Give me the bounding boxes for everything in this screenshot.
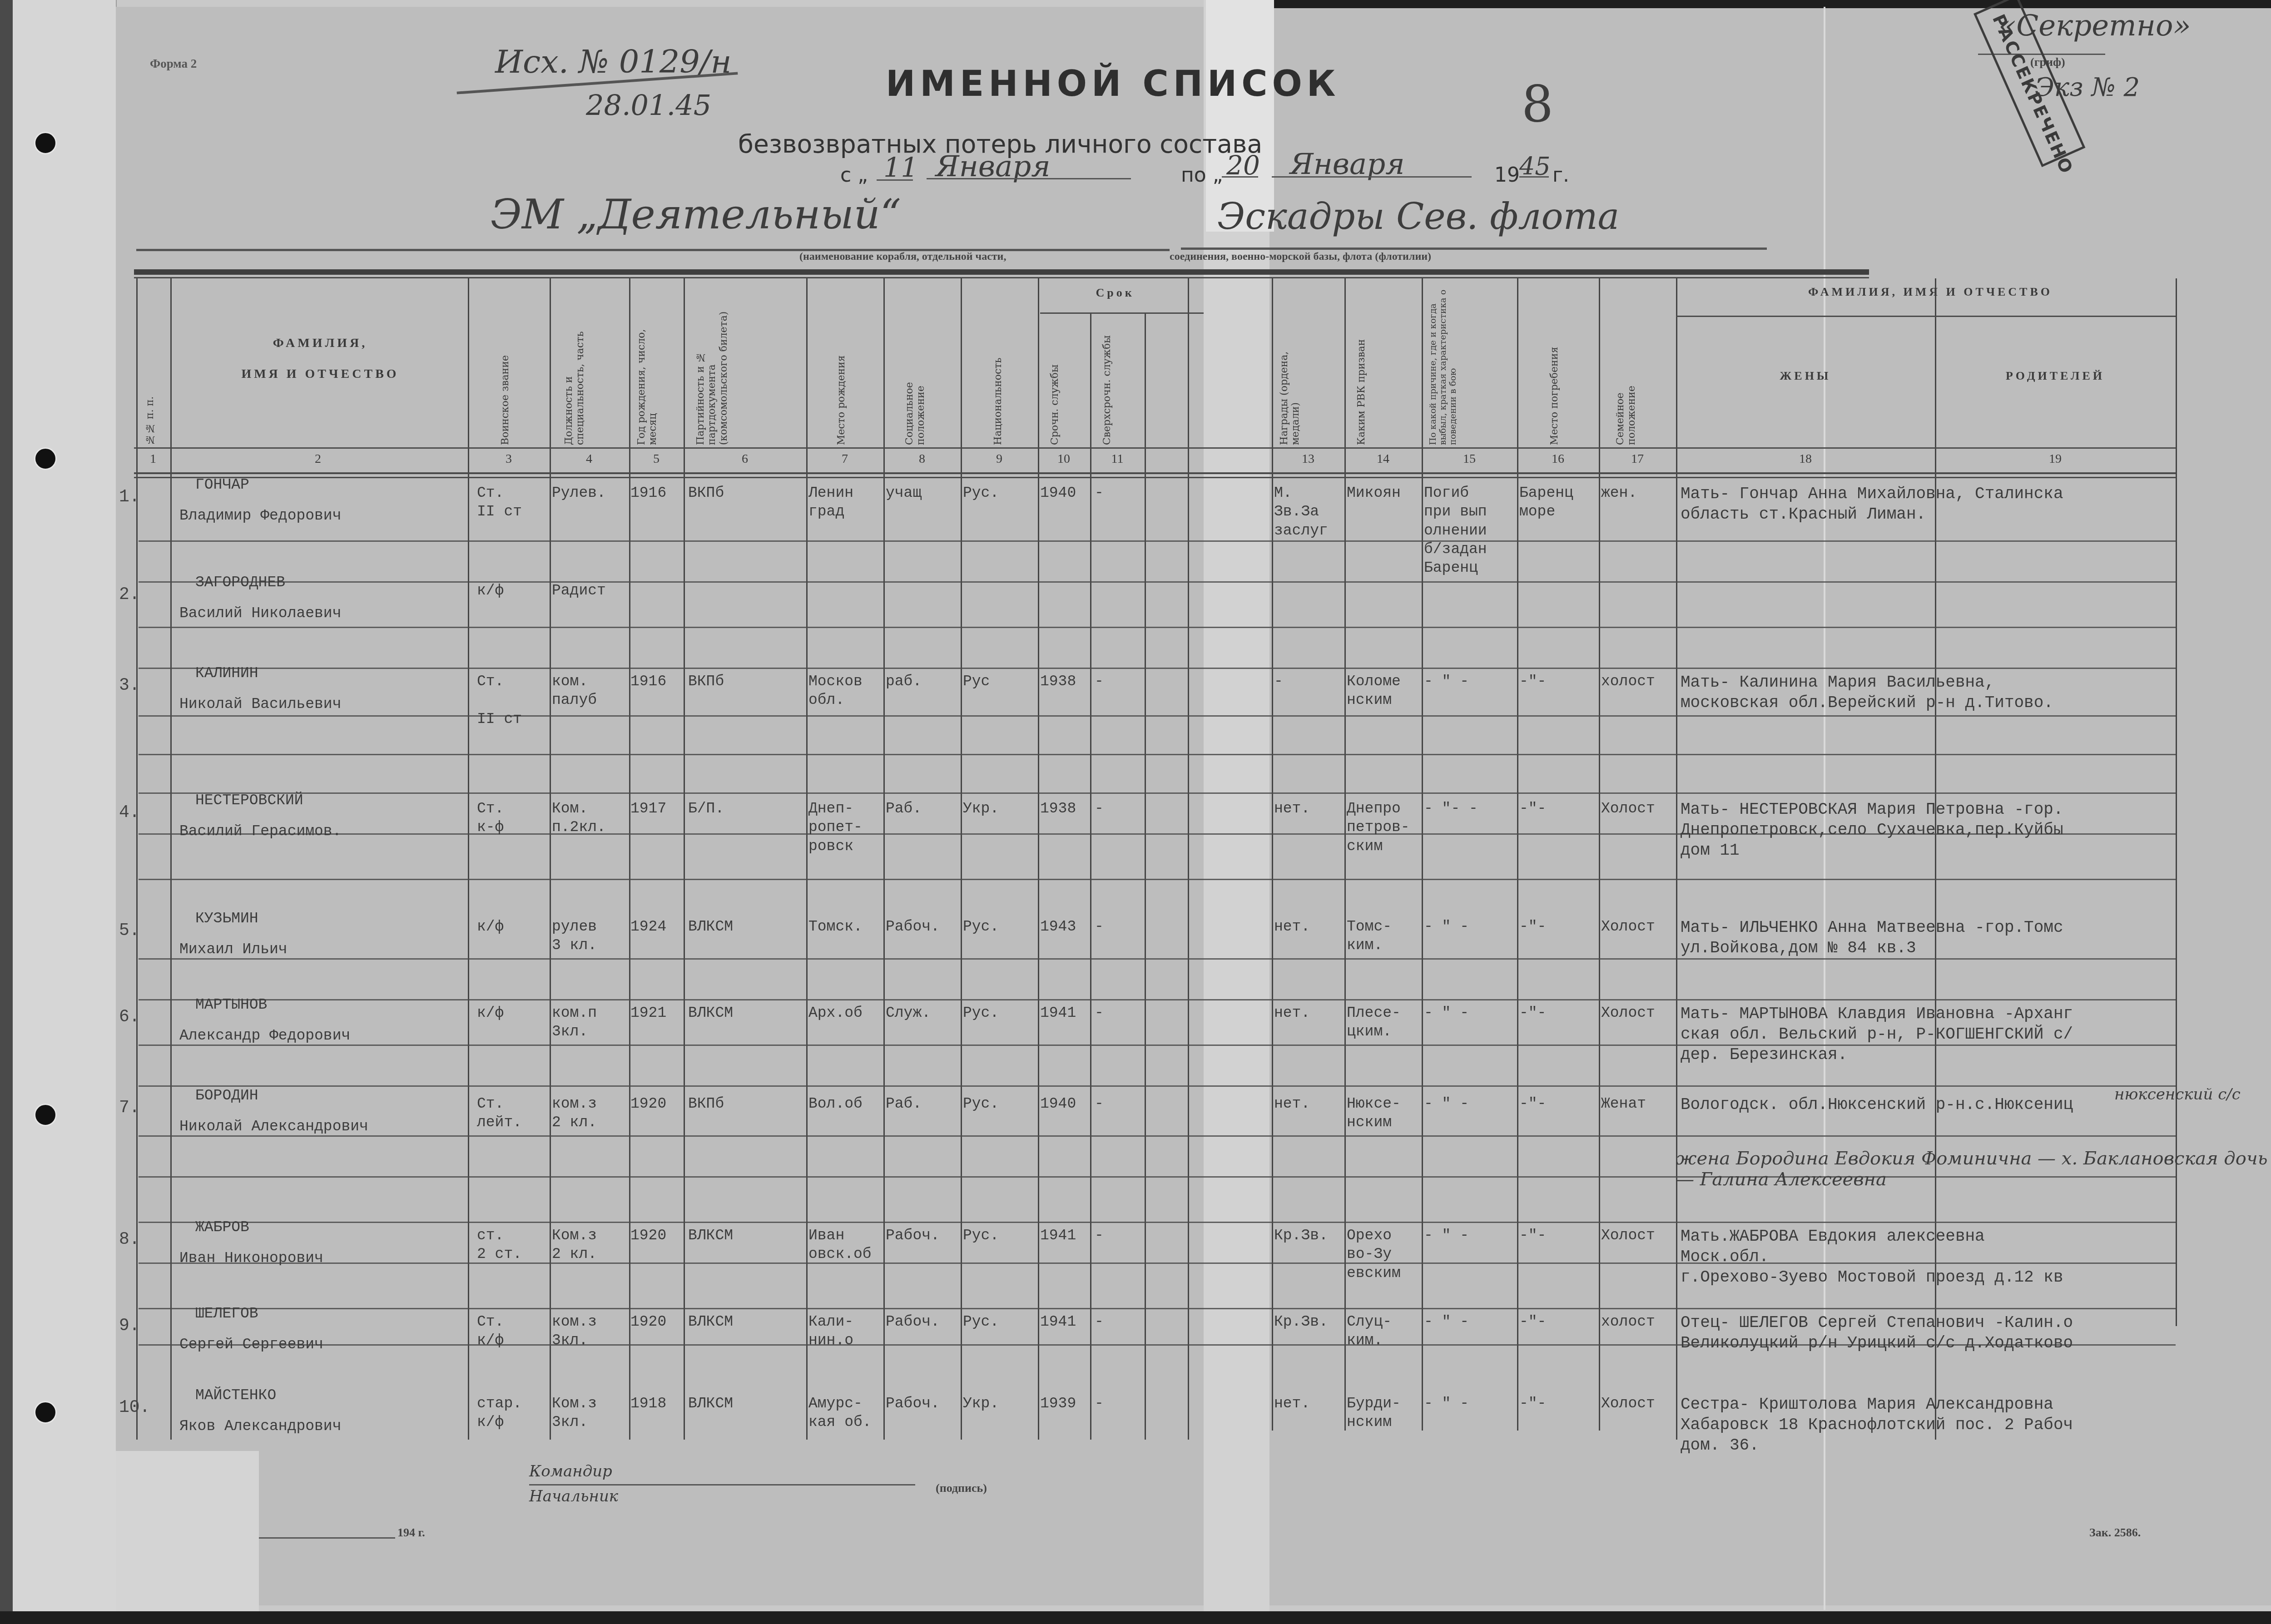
awards: нет. bbox=[1274, 1094, 1310, 1113]
party: ВЛКСМ bbox=[688, 1004, 733, 1022]
rank: к/ф bbox=[477, 581, 504, 600]
header-position: Должность и специальность, часть bbox=[563, 295, 590, 445]
position: ком.з 3кл. bbox=[552, 1312, 597, 1350]
grid-column-line bbox=[1090, 313, 1091, 1440]
family-status: Женат bbox=[1601, 1094, 1646, 1113]
header-srochn: Срочн. службы bbox=[1049, 345, 1076, 445]
sverh-service: - bbox=[1095, 799, 1104, 818]
rvk: Плесе- цким. bbox=[1347, 1004, 1401, 1041]
rvk: Днепро петров- ским bbox=[1347, 799, 1410, 856]
table-top-rule-2 bbox=[134, 277, 1869, 278]
column-number: 4 bbox=[571, 452, 607, 466]
column-number: 18 bbox=[1787, 452, 1824, 466]
social-status: Рабоч. bbox=[886, 1394, 940, 1413]
rank: Ст. II ст bbox=[477, 672, 522, 728]
scan-edge bbox=[0, 0, 13, 1624]
grid-column-line bbox=[1145, 313, 1146, 1440]
burial-place: -"- bbox=[1519, 799, 1546, 818]
to-day-underline bbox=[1222, 176, 1258, 178]
grid-column-line bbox=[1422, 278, 1423, 1431]
header-fio-group: ФАМИЛИЯ, ИМЯ И ОТЧЕСТВО bbox=[1681, 285, 2180, 299]
birth-year: 1916 bbox=[630, 484, 666, 502]
nationality: Рус bbox=[963, 672, 990, 691]
column-number: 16 bbox=[1540, 452, 1576, 466]
birthplace: Иван овск.об bbox=[808, 1226, 872, 1264]
unit-caption-left: (наименование корабля, отдельной части, bbox=[799, 251, 1006, 263]
burial-place: -"- bbox=[1519, 1312, 1546, 1331]
kin-details: Мать- МАРТЫНОВА Клавдия Ивановна -Арханг… bbox=[1681, 1004, 2073, 1065]
column-number: 6 bbox=[727, 452, 763, 466]
header-col-num: №№ п. п. bbox=[144, 345, 156, 445]
position: ком.п 3кл. bbox=[552, 1004, 597, 1041]
row-rule bbox=[139, 1135, 2176, 1137]
given-names: Александр Федорович bbox=[179, 1026, 350, 1045]
nationality: Рус. bbox=[963, 484, 999, 502]
surname: ЖАБРОВ bbox=[195, 1218, 249, 1237]
social-status: Раб. bbox=[886, 1094, 922, 1113]
family-status: холост bbox=[1601, 672, 1655, 691]
srok-underline bbox=[1040, 312, 1204, 314]
year-underline bbox=[1519, 176, 1549, 178]
given-names: Иван Никонорович bbox=[179, 1249, 323, 1268]
family-status: Холост bbox=[1601, 1004, 1655, 1022]
kin-details: Мать- ИЛЬЧЕНКО Анна Матвеевна -гор.Томс … bbox=[1681, 917, 2063, 958]
column-number: 19 bbox=[2037, 452, 2073, 466]
row-rule bbox=[139, 668, 2176, 669]
grid-column-line bbox=[806, 278, 808, 1440]
birthplace: Москов обл. bbox=[808, 672, 863, 710]
header-bottom-rule bbox=[134, 447, 2176, 449]
birth-year: 1924 bbox=[630, 917, 666, 936]
srochn-service: 1939 bbox=[1040, 1394, 1076, 1413]
grid-column-line bbox=[684, 278, 685, 1440]
footer-commander: Командир bbox=[529, 1462, 612, 1480]
family-status: Холост bbox=[1601, 1394, 1655, 1413]
rvk: Бурди- нским bbox=[1347, 1394, 1401, 1432]
header-birthplace: Место рождения bbox=[836, 309, 847, 445]
position: Ком.з 2 кл. bbox=[552, 1226, 597, 1264]
position: Ком.з 3кл. bbox=[552, 1394, 597, 1432]
surname: ШЕЛЕГОВ bbox=[195, 1304, 258, 1323]
fio-group-underline bbox=[1676, 316, 2176, 317]
srochn-service: 1938 bbox=[1040, 672, 1076, 691]
sheet-number: 8 bbox=[1522, 75, 1553, 133]
family-status: Холост bbox=[1601, 799, 1655, 818]
nationality: Рус. bbox=[963, 1312, 999, 1331]
grid-column-line bbox=[1676, 278, 1677, 1440]
reason: - "- - bbox=[1424, 799, 1478, 818]
rank: Ст. к/ф bbox=[477, 1312, 504, 1350]
scan-bottom-band bbox=[0, 1611, 2271, 1624]
given-names: Сергей Сергеевич bbox=[179, 1335, 323, 1354]
party: ВКПб bbox=[688, 672, 724, 691]
party: ВЛКСМ bbox=[688, 1394, 733, 1413]
paper-fold bbox=[1204, 0, 1269, 1611]
birthplace: Ленин град bbox=[808, 484, 853, 521]
column-number: 5 bbox=[638, 452, 674, 466]
sverh-service: - bbox=[1095, 917, 1104, 936]
birthplace: Кали- нин.о bbox=[808, 1312, 853, 1350]
row-rule bbox=[139, 581, 2176, 583]
social-status: Раб. bbox=[886, 799, 922, 818]
reason: - " - bbox=[1424, 1004, 1469, 1022]
srochn-service: 1941 bbox=[1040, 1226, 1076, 1245]
surname: МАЙСТЕНКО bbox=[195, 1386, 276, 1405]
given-names: Василий Герасимов. bbox=[179, 822, 341, 841]
row-rule bbox=[139, 958, 2176, 960]
srochn-service: 1943 bbox=[1040, 917, 1076, 936]
rank: стар. к/ф bbox=[477, 1394, 522, 1432]
position: рулев 3 кл. bbox=[552, 917, 597, 955]
grid-column-line bbox=[550, 278, 551, 1440]
sverh-service: - bbox=[1095, 1004, 1104, 1022]
nationality: Рус. bbox=[963, 1094, 999, 1113]
birthplace: Амурс- кая об. bbox=[808, 1394, 872, 1432]
kin-details: Мать.ЖАБРОВА Евдокия алексеевна Моск.обл… bbox=[1681, 1226, 2063, 1287]
sverh-service: - bbox=[1095, 1226, 1104, 1245]
punch-hole-icon bbox=[34, 1401, 57, 1424]
data-top-rule bbox=[134, 472, 2176, 474]
row-rule bbox=[139, 1308, 2176, 1309]
given-names: Михаил Ильич bbox=[179, 940, 288, 959]
social-status: Рабоч. bbox=[886, 1226, 940, 1245]
data-top-rule-2 bbox=[134, 477, 2176, 478]
from-day-underline bbox=[877, 179, 913, 181]
birthplace: Томск. bbox=[808, 917, 863, 936]
rank: Ст. лейт. bbox=[477, 1094, 522, 1132]
family-status: жен. bbox=[1601, 484, 1637, 502]
row-number: 5. bbox=[119, 921, 140, 941]
header-rank: Воинское звание bbox=[500, 313, 511, 445]
srochn-service: 1938 bbox=[1040, 799, 1076, 818]
birth-year: 1920 bbox=[630, 1226, 666, 1245]
birth-year: 1920 bbox=[630, 1312, 666, 1331]
row-number: 10. bbox=[119, 1398, 150, 1417]
surname: НЕСТЕРОВСКИЙ bbox=[195, 791, 303, 810]
header-wife: ЖЕНЫ bbox=[1676, 369, 1935, 383]
sverh-service: - bbox=[1095, 1312, 1104, 1331]
row-number: 4. bbox=[119, 803, 140, 822]
rank: Ст. II ст bbox=[477, 484, 522, 521]
srochn-service: 1941 bbox=[1040, 1004, 1076, 1022]
awards: нет. bbox=[1274, 1394, 1310, 1413]
birthplace: Арх.об bbox=[808, 1004, 863, 1022]
position: ком. палуб bbox=[552, 672, 597, 710]
kin-handwritten-note: жена Бородина Евдокия Фоминична — х. Бак… bbox=[1676, 1148, 2271, 1190]
birth-year: 1916 bbox=[630, 672, 666, 691]
burial-place: -"- bbox=[1519, 1394, 1546, 1413]
to-month-underline bbox=[1272, 176, 1472, 178]
column-number: 10 bbox=[1046, 452, 1082, 466]
row-number: 6. bbox=[119, 1007, 140, 1027]
sverh-service: - bbox=[1095, 1094, 1104, 1113]
kin-details: Мать- Гончар Анна Михайловна, Сталинска … bbox=[1681, 484, 2063, 525]
row-number: 1. bbox=[119, 487, 140, 507]
column-number: 11 bbox=[1099, 452, 1135, 466]
rank: Ст. к-ф bbox=[477, 799, 504, 837]
family-status: Холост bbox=[1601, 917, 1655, 936]
awards: нет. bbox=[1274, 1004, 1310, 1022]
scan-top-band bbox=[1208, 0, 2271, 8]
rvk: Микоян bbox=[1347, 484, 1401, 502]
header-srok: Срок bbox=[1040, 286, 1190, 300]
paper-patch bbox=[116, 1451, 259, 1612]
kin-details: Сестра- Криштолова Мария Александровна Х… bbox=[1681, 1394, 2073, 1456]
social-status: раб. bbox=[886, 672, 922, 691]
column-number: 2 bbox=[300, 452, 336, 466]
nationality: Рус. bbox=[963, 1226, 999, 1245]
column-number: 9 bbox=[981, 452, 1017, 466]
awards: Кр.Зв. bbox=[1274, 1226, 1328, 1245]
awards: нет. bbox=[1274, 917, 1310, 936]
row-rule bbox=[139, 792, 2176, 794]
row-rule bbox=[139, 1222, 2176, 1223]
header-fio-line1: ФАМИЛИЯ, bbox=[173, 336, 468, 351]
position: ком.з 2 кл. bbox=[552, 1094, 597, 1132]
header-burial: Место погребения bbox=[1549, 291, 1560, 445]
row-rule bbox=[139, 715, 2176, 717]
reason: - " - bbox=[1424, 1094, 1469, 1113]
header-rvk: Каким РВК призван bbox=[1356, 336, 1383, 445]
social-status: Служ. bbox=[886, 1004, 931, 1022]
burial-place: -"- bbox=[1519, 672, 1546, 691]
rank: к/ф bbox=[477, 917, 504, 936]
grid-column-line bbox=[1188, 278, 1189, 1440]
from-month-underline bbox=[927, 178, 1131, 179]
reason: - " - bbox=[1424, 1394, 1469, 1413]
awards: М. Зв.За заслуг bbox=[1274, 484, 1328, 540]
row-number: 2. bbox=[119, 585, 140, 604]
reason: Погиб при вып олнении б/задан Баренц bbox=[1424, 484, 1487, 577]
social-status: Рабоч. bbox=[886, 1312, 940, 1331]
row-number: 3. bbox=[119, 676, 140, 695]
header-party: Партийность и № партдокумента (комсомоль… bbox=[695, 295, 736, 445]
position: Радист bbox=[552, 581, 606, 600]
row-rule bbox=[139, 540, 2176, 542]
unit-formation: Эскадры Сев. флота bbox=[1217, 195, 1619, 238]
position: Ком. п.2кл. bbox=[552, 799, 606, 837]
rank: ст. 2 ст. bbox=[477, 1226, 522, 1264]
party: ВЛКСМ bbox=[688, 1226, 733, 1245]
row-rule bbox=[139, 879, 2176, 880]
unit-caption-right: соединения, военно-морской базы, флота (… bbox=[1170, 251, 1431, 263]
nationality: Рус. bbox=[963, 917, 999, 936]
unit-underline-left bbox=[136, 249, 1170, 251]
rvk: Нюксе- нским bbox=[1347, 1094, 1401, 1132]
surname: КУЗЬМИН bbox=[195, 909, 258, 928]
header-reason: По какой причине, где и когда выбыл, кра… bbox=[1428, 279, 1510, 445]
footer-date-stub: 194 г. bbox=[397, 1526, 425, 1540]
position: Рулев. bbox=[552, 484, 606, 502]
row-number: 7. bbox=[119, 1098, 140, 1118]
family-status: холост bbox=[1601, 1312, 1655, 1331]
rvk: Коломе нским bbox=[1347, 672, 1401, 710]
party: ВКПб bbox=[688, 1094, 724, 1113]
nationality: Рус. bbox=[963, 1004, 999, 1022]
row-rule bbox=[139, 754, 2176, 755]
birth-year: 1921 bbox=[630, 1004, 666, 1022]
birth-year: 1917 bbox=[630, 799, 666, 818]
srochn-service: 1940 bbox=[1040, 484, 1076, 502]
surname: БОРОДИН bbox=[195, 1086, 258, 1105]
family-status: Холост bbox=[1601, 1226, 1655, 1245]
punch-hole-icon bbox=[34, 132, 57, 154]
date-line bbox=[259, 1537, 395, 1539]
given-names: Яков Александрович bbox=[179, 1417, 341, 1436]
period-from-prefix: с „ bbox=[840, 163, 868, 187]
column-number: 3 bbox=[491, 452, 527, 466]
reason: - " - bbox=[1424, 672, 1469, 691]
rvk: Слуц- ким. bbox=[1347, 1312, 1392, 1350]
signature-line bbox=[529, 1484, 915, 1485]
social-status: учащ bbox=[886, 484, 922, 502]
party: ВЛКСМ bbox=[688, 917, 733, 936]
form-label: Форма 2 bbox=[150, 57, 197, 71]
birth-year: 1920 bbox=[630, 1094, 666, 1113]
given-names: Николай Васильевич bbox=[179, 695, 341, 713]
social-status: Рабоч. bbox=[886, 917, 940, 936]
sverh-service: - bbox=[1095, 484, 1104, 502]
period-year-g: г. bbox=[1552, 163, 1569, 187]
party: ВКПб bbox=[688, 484, 724, 502]
row-rule bbox=[139, 627, 2176, 628]
rvk: Орехо во-Зу евским bbox=[1347, 1226, 1401, 1282]
column-number: 14 bbox=[1365, 452, 1401, 466]
party: Б/П. bbox=[688, 799, 724, 818]
row-rule bbox=[139, 999, 2176, 1000]
row-rule bbox=[139, 1085, 2176, 1087]
given-names: Василий Николаевич bbox=[179, 604, 341, 623]
awards: Кр.Зв. bbox=[1274, 1312, 1328, 1331]
row-number: 8. bbox=[119, 1230, 140, 1249]
grid-column-line bbox=[468, 278, 469, 1440]
sverh-service: - bbox=[1095, 1394, 1104, 1413]
print-order-number: Зак. 2586. bbox=[2089, 1526, 2141, 1540]
surname: КАЛИНИН bbox=[195, 664, 258, 683]
unit-underline-right bbox=[1181, 248, 1767, 250]
surname: МАРТЫНОВ bbox=[195, 995, 267, 1014]
footer-chief: Начальник bbox=[529, 1487, 618, 1505]
awards: - bbox=[1274, 672, 1283, 691]
nationality: Укр. bbox=[963, 799, 999, 818]
grid-column-line bbox=[883, 278, 885, 1440]
grid-column-line bbox=[1599, 278, 1600, 1431]
column-number: 13 bbox=[1290, 452, 1326, 466]
kin-handwritten-margin: нюксенский с/с bbox=[2114, 1085, 2241, 1104]
kin-details: Отец- ШЕЛЕГОВ Сергей Степанович -Калин.о… bbox=[1681, 1312, 2073, 1353]
sverh-service: - bbox=[1095, 672, 1104, 691]
birthplace: Днеп- ропет- ровск bbox=[808, 799, 863, 856]
party: ВЛКСМ bbox=[688, 1312, 733, 1331]
grid-column-line bbox=[629, 278, 630, 1440]
awards: нет. bbox=[1274, 799, 1310, 818]
punch-hole-icon bbox=[34, 447, 57, 470]
grid-column-line bbox=[1038, 278, 1039, 1440]
header-fio-line2: ИМЯ И ОТЧЕСТВО bbox=[173, 367, 468, 381]
surname: ГОНЧАР bbox=[195, 475, 249, 494]
header-family: Семейное положение bbox=[1615, 345, 1642, 445]
rvk: Томс- ким. bbox=[1347, 917, 1392, 955]
column-number: 17 bbox=[1619, 452, 1656, 466]
kin-details: Мать- НЕСТЕРОВСКАЯ Мария Петровна -гор. … bbox=[1681, 799, 2063, 861]
given-names: Николай Александрович bbox=[179, 1117, 368, 1136]
scan-margin bbox=[0, 0, 117, 1624]
column-number: 15 bbox=[1451, 452, 1488, 466]
reason: - " - bbox=[1424, 917, 1469, 936]
punch-hole-icon bbox=[34, 1104, 57, 1126]
srochn-service: 1941 bbox=[1040, 1312, 1076, 1331]
birth-year: 1918 bbox=[630, 1394, 666, 1413]
page-title: ИМЕННОЙ СПИСОК bbox=[886, 64, 1340, 104]
column-number: 1 bbox=[135, 452, 171, 466]
header-sverh: Сверхсрочн. службы bbox=[1101, 327, 1129, 445]
row-number: 9. bbox=[119, 1316, 140, 1336]
grid-column-line bbox=[1272, 278, 1273, 1431]
srochn-service: 1940 bbox=[1040, 1094, 1076, 1113]
rank: к/ф bbox=[477, 1004, 504, 1022]
reason: - " - bbox=[1424, 1226, 1469, 1245]
burial-place: -"- bbox=[1519, 1226, 1546, 1245]
column-number: 7 bbox=[827, 452, 863, 466]
grid-column-line bbox=[1517, 278, 1518, 1431]
table-top-rule bbox=[134, 269, 1869, 275]
kin-details: Вологодск. обл.Нюксенский р-н.с.Нюксениц bbox=[1681, 1094, 2073, 1115]
burial-place: -"- bbox=[1519, 1004, 1546, 1022]
burial-place: -"- bbox=[1519, 917, 1546, 936]
period-to-prefix: по „ bbox=[1181, 163, 1223, 187]
column-number: 8 bbox=[904, 452, 940, 466]
signature-caption: (подпись) bbox=[936, 1481, 987, 1495]
kin-details: Мать- Калинина Мария Васильевна, московс… bbox=[1681, 672, 2053, 713]
header-social: Социальное положение bbox=[904, 336, 931, 445]
given-names: Владимир Федорович bbox=[179, 506, 341, 525]
unit-ship: ЭМ „Деятельный“ bbox=[491, 191, 901, 238]
reason: - " - bbox=[1424, 1312, 1469, 1331]
grid-column-line bbox=[961, 278, 962, 1440]
header-parents: РОДИТЕЛЕЙ bbox=[1935, 369, 2176, 383]
burial-place: -"- bbox=[1519, 1094, 1546, 1113]
outgoing-date: 28.01.45 bbox=[586, 89, 711, 122]
header-awards: Награды (ордена, медали) bbox=[1279, 327, 1306, 445]
surname: ЗАГОРОДНЕВ bbox=[195, 573, 285, 592]
nationality: Укр. bbox=[963, 1394, 999, 1413]
birthplace: Вол.об bbox=[808, 1094, 863, 1113]
period-year-prefix: 19 bbox=[1494, 163, 1520, 187]
header-nationality: Национальность bbox=[992, 309, 1004, 445]
grid-column-line bbox=[1344, 278, 1346, 1431]
header-birth-year: Год рождения, число, месяц bbox=[636, 313, 663, 445]
burial-place: Баренц море bbox=[1519, 484, 1573, 521]
